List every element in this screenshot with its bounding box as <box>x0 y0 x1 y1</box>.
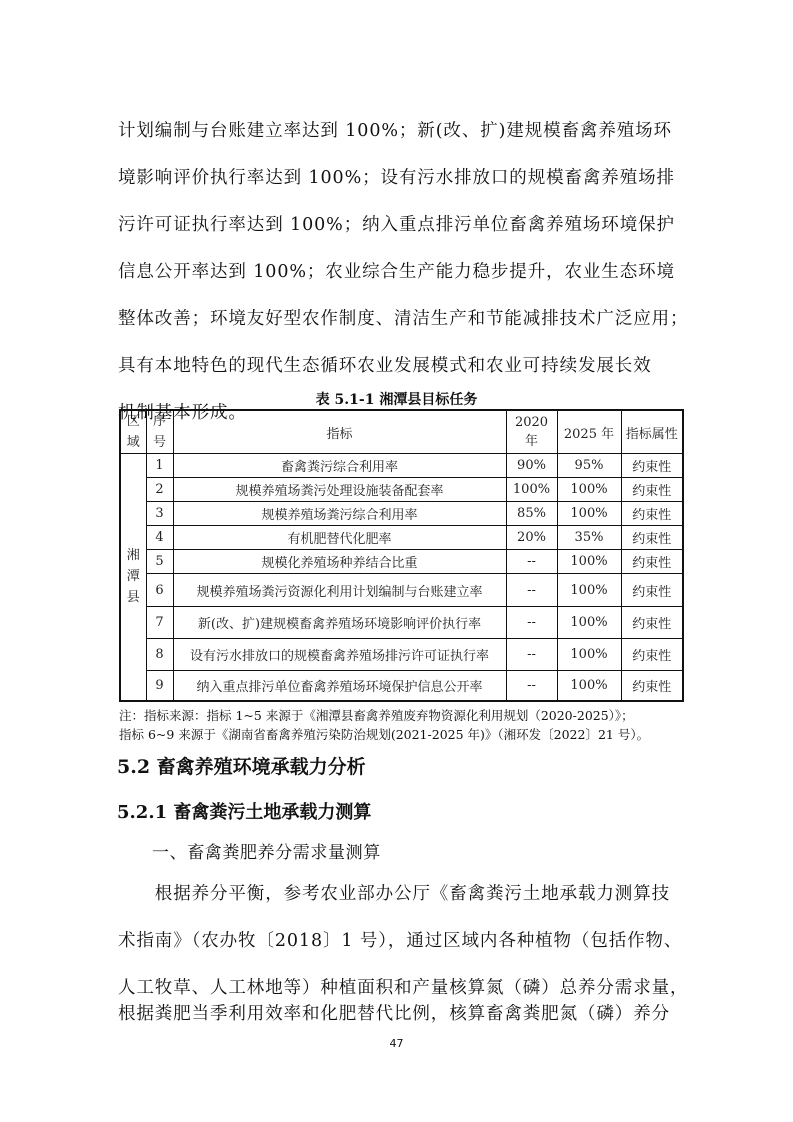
row-2020: -- <box>506 574 557 607</box>
row-attribute: 约束性 <box>621 607 683 639</box>
table-row: 2 规模养殖场粪污处理设施装备配套率 100% 100% 约束性 <box>120 478 683 502</box>
row-2025: 35% <box>557 526 621 550</box>
row-indicator: 新(改、扩)建规模畜禽养殖场环境影响评价执行率 <box>173 607 506 639</box>
row-indicator: 纳入重点排污单位畜禽养殖场环境保护信息公开率 <box>173 671 506 701</box>
row-attribute: 约束性 <box>621 550 683 574</box>
table-row: 8 设有污水排放口的规模畜禽养殖场排污许可证执行率 -- 100% 约束性 <box>120 639 683 671</box>
table-row: 7 新(改、扩)建规模畜禽养殖场环境影响评价执行率 -- 100% 约束性 <box>120 607 683 639</box>
table-row: 9 纳入重点排污单位畜禽养殖场环境保护信息公开率 -- 100% 约束性 <box>120 671 683 701</box>
table-header-row: 区域 序号 指标 2020 年 2025 年 指标属性 <box>120 410 683 454</box>
text-line: 根据粪肥当季利用效率和化肥替代比例，核算畜禽粪肥氮（磷）养分 <box>118 1000 670 1025</box>
header-2020: 2020 年 <box>506 410 557 454</box>
row-no: 4 <box>146 526 173 550</box>
row-2025: 100% <box>557 478 621 502</box>
row-2025: 100% <box>557 550 621 574</box>
section-heading: 5.2 畜禽养殖环境承载力分析 <box>117 752 366 779</box>
text-line: 具有本地特色的现代生态循环农业发展模式和农业可持续发展长效 <box>118 352 652 377</box>
header-attribute: 指标属性 <box>621 410 683 454</box>
row-no: 6 <box>146 574 173 607</box>
table-row: 湘潭县 1 畜禽粪污综合利用率 90% 95% 约束性 <box>120 454 683 478</box>
header-region: 区域 <box>120 410 146 454</box>
row-indicator: 规模化养殖场种养结合比重 <box>173 550 506 574</box>
row-2020: -- <box>506 671 557 701</box>
row-2025: 100% <box>557 671 621 701</box>
header-indicator: 指标 <box>173 410 506 454</box>
row-indicator: 规模养殖场粪污资源化利用计划编制与台账建立率 <box>173 574 506 607</box>
row-no: 2 <box>146 478 173 502</box>
row-no: 8 <box>146 639 173 671</box>
text-line: 污许可证执行率达到 100%；纳入重点排污单位畜禽养殖场环境保护 <box>118 211 675 236</box>
row-attribute: 约束性 <box>621 502 683 526</box>
note-line: 注：指标来源：指标 1~5 来源于《湘潭县畜禽养殖废弃物资源化利用规划（2020… <box>119 706 649 725</box>
row-indicator: 规模养殖场粪污综合利用率 <box>173 502 506 526</box>
row-no: 5 <box>146 550 173 574</box>
row-attribute: 约束性 <box>621 454 683 478</box>
row-2025: 100% <box>557 639 621 671</box>
row-no: 1 <box>146 454 173 478</box>
page-number: 47 <box>0 1037 793 1050</box>
text-line: 术指南》（农办牧〔2018〕1 号），通过区域内各种植物（包括作物、 <box>118 927 682 952</box>
text-line: 整体改善；环境友好型农作制度、清洁生产和节能减排技术广泛应用； <box>118 305 688 330</box>
text-line: 根据养分平衡，参考农业部办公厅《畜禽粪污土地承载力测算技 <box>118 880 670 905</box>
header-2025: 2025 年 <box>557 410 621 454</box>
row-indicator: 规模养殖场粪污处理设施装备配套率 <box>173 478 506 502</box>
row-2020: 100% <box>506 478 557 502</box>
target-tasks-table: 区域 序号 指标 2020 年 2025 年 指标属性 湘潭县 1 畜禽粪污综合… <box>119 409 684 702</box>
table-note: 注：指标来源：指标 1~5 来源于《湘潭县畜禽养殖废弃物资源化利用规划（2020… <box>119 706 649 744</box>
row-attribute: 约束性 <box>621 671 683 701</box>
row-indicator: 畜禽粪污综合利用率 <box>173 454 506 478</box>
row-2025: 100% <box>557 502 621 526</box>
row-2025: 95% <box>557 454 621 478</box>
text-line: 计划编制与台账建立率达到 100%；新(改、扩)建规模畜禽养殖场环 <box>118 117 672 142</box>
row-indicator: 有机肥替代化肥率 <box>173 526 506 550</box>
note-line: 指标 6~9 来源于《湖南省畜禽养殖污染防治规划(2021-2025 年)》（湘… <box>119 725 649 744</box>
row-2020: 20% <box>506 526 557 550</box>
row-2020: -- <box>506 607 557 639</box>
row-2020: 85% <box>506 502 557 526</box>
row-2020: -- <box>506 550 557 574</box>
row-attribute: 约束性 <box>621 478 683 502</box>
table-row: 4 有机肥替代化肥率 20% 35% 约束性 <box>120 526 683 550</box>
subsection-heading: 5.2.1 畜禽粪污土地承载力测算 <box>117 798 371 824</box>
row-2025: 100% <box>557 607 621 639</box>
row-2020: 90% <box>506 454 557 478</box>
row-indicator: 设有污水排放口的规模畜禽养殖场排污许可证执行率 <box>173 639 506 671</box>
text-line: 信息公开率达到 100%；农业综合生产能力稳步提升，农业生态环境 <box>118 258 675 283</box>
row-2020: -- <box>506 639 557 671</box>
table-row: 3 规模养殖场粪污综合利用率 85% 100% 约束性 <box>120 502 683 526</box>
text-line: 人工牧草、人工林地等）种植面积和产量核算氮（磷）总养分需求量， <box>118 974 688 999</box>
text-line: 境影响评价执行率达到 100%；设有污水排放口的规模畜禽养殖场排 <box>118 164 675 189</box>
row-no: 3 <box>146 502 173 526</box>
row-2025: 100% <box>557 574 621 607</box>
table-caption: 表 5.1-1 湘潭县目标任务 <box>0 389 793 409</box>
header-no: 序号 <box>146 410 173 454</box>
row-no: 9 <box>146 671 173 701</box>
row-no: 7 <box>146 607 173 639</box>
table-row: 5 规模化养殖场种养结合比重 -- 100% 约束性 <box>120 550 683 574</box>
row-attribute: 约束性 <box>621 639 683 671</box>
row-attribute: 约束性 <box>621 526 683 550</box>
row-attribute: 约束性 <box>621 574 683 607</box>
region-cell: 湘潭县 <box>120 454 146 701</box>
table-row: 6 规模养殖场粪污资源化利用计划编制与台账建立率 -- 100% 约束性 <box>120 574 683 607</box>
sub-item-heading: 一、畜禽粪肥养分需求量测算 <box>152 838 381 863</box>
